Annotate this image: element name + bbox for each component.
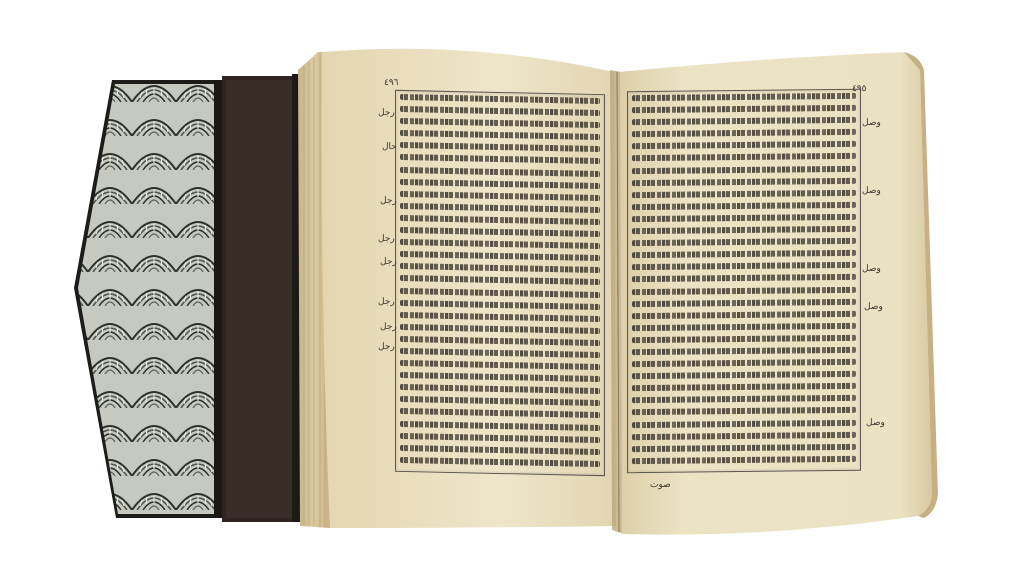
left-margin-note: رجل (380, 322, 397, 332)
right-page-number: ٤٩٥ (852, 84, 867, 94)
left-text-block (395, 90, 605, 476)
catchword: صوت (650, 480, 671, 490)
left-margin-note: رجل (378, 342, 395, 352)
right-margin-note: وصل (864, 302, 883, 312)
left-margin-note: رجل (378, 297, 395, 307)
right-margin-note: وصل (862, 186, 881, 196)
left-margin-note: رجل (378, 234, 395, 244)
left-page-number: ٤٩٦ (384, 78, 399, 88)
right-margin-note: وصل (862, 264, 881, 274)
left-margin-note: رجل (380, 196, 397, 206)
left-margin-note: رجل (380, 257, 397, 267)
left-margin-note: رجل (378, 108, 395, 118)
right-margin-note: وصل (866, 418, 885, 428)
right-text-block (627, 89, 861, 473)
manuscript-text-line (628, 453, 860, 468)
left-margin-note: حال (382, 142, 397, 152)
manuscript-photo: ٤٩٦ ٤٩٥ رجل حال رجل رجل رجل رجل رجل رجل … (0, 0, 1024, 576)
right-margin-note: وصل (862, 118, 881, 128)
